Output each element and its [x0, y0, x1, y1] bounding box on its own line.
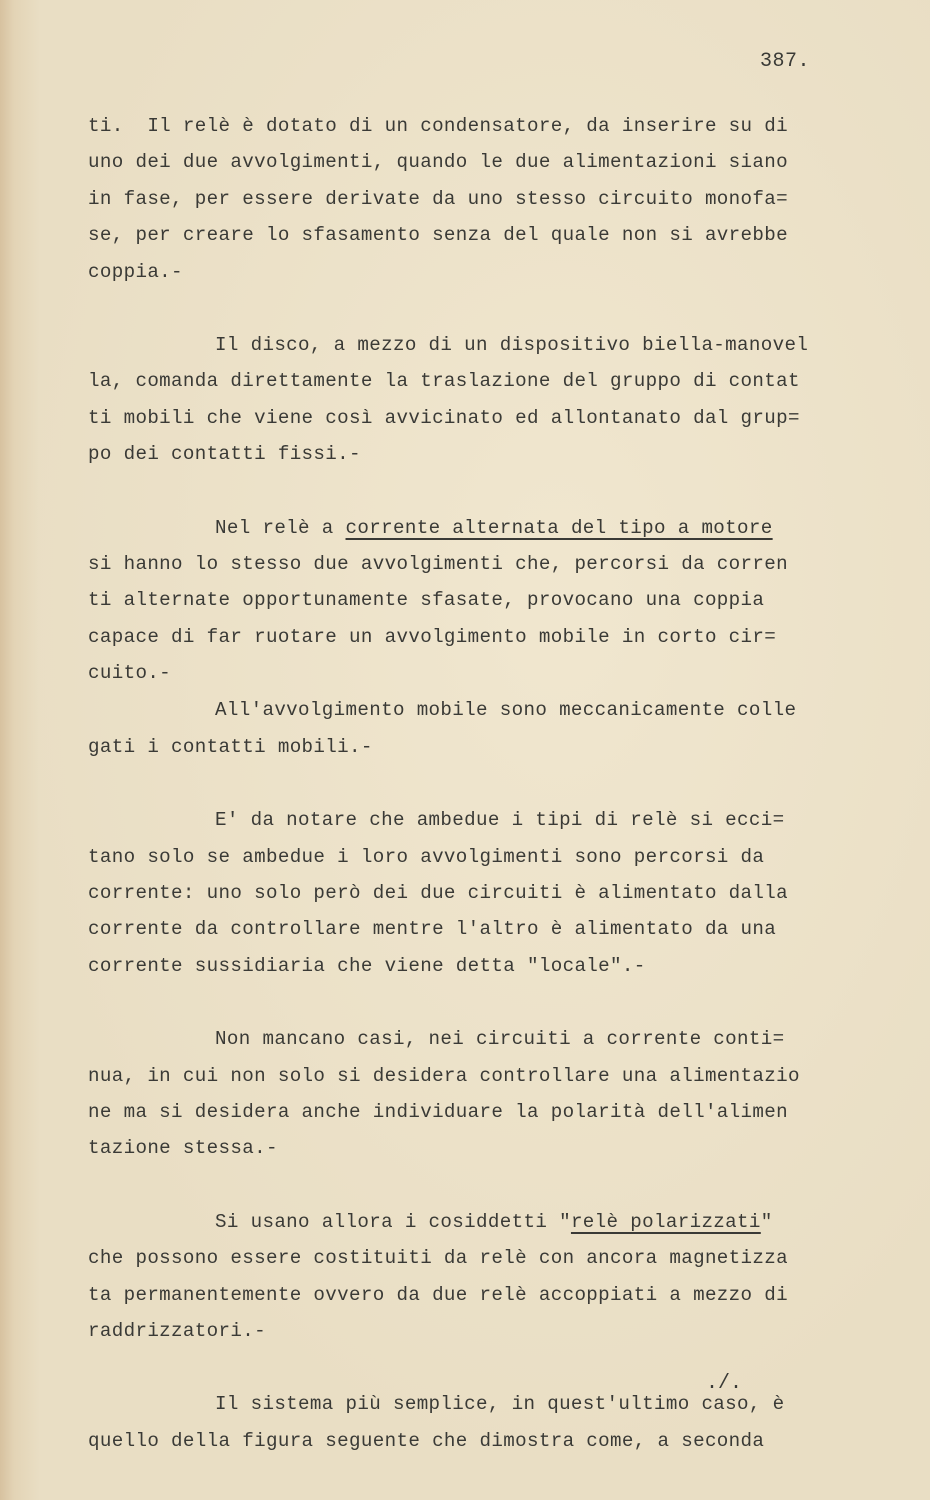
document-body: ti. Il relè è dotato di un condensatore,… — [88, 108, 868, 1459]
text-line: cuito.- — [88, 655, 868, 691]
text-line: Nel relè a corrente alternata del tipo a… — [88, 510, 868, 546]
text-line: ti. Il relè è dotato di un condensatore,… — [88, 108, 868, 144]
paragraph: Il disco, a mezzo di un dispositivo biel… — [88, 327, 868, 473]
paragraph: All'avvolgimento mobile sono meccanicame… — [88, 692, 868, 765]
underlined-term: corrente alternata del tipo a motore — [346, 517, 773, 539]
text-line: si hanno lo stesso due avvolgimenti che,… — [88, 546, 868, 582]
text-line: coppia.- — [88, 254, 868, 290]
text-line: capace di far ruotare un avvolgimento mo… — [88, 619, 868, 655]
text-line: quello della figura seguente che dimostr… — [88, 1423, 868, 1459]
text-line: se, per creare lo sfasamento senza del q… — [88, 217, 868, 253]
text-line: ta permanentemente ovvero da due relè ac… — [88, 1277, 868, 1313]
text-line: Si usano allora i cosiddetti "relè polar… — [88, 1204, 868, 1240]
paragraph: Non mancano casi, nei circuiti a corrent… — [88, 1021, 868, 1167]
text-line: E' da notare che ambedue i tipi di relè … — [88, 802, 868, 838]
text-line: ne ma si desidera anche individuare la p… — [88, 1094, 868, 1130]
text-line: Il sistema più semplice, in quest'ultimo… — [88, 1386, 868, 1422]
text-trail: " — [761, 1211, 773, 1233]
text-line: tano solo se ambedue i loro avvolgimenti… — [88, 839, 868, 875]
page-number: 387. — [760, 50, 810, 73]
text-line: tazione stessa.- — [88, 1130, 868, 1166]
text-line: nua, in cui non solo si desidera control… — [88, 1058, 868, 1094]
paragraph: E' da notare che ambedue i tipi di relè … — [88, 802, 868, 984]
text-line: Non mancano casi, nei circuiti a corrent… — [88, 1021, 868, 1057]
text-line: All'avvolgimento mobile sono meccanicame… — [88, 692, 868, 728]
text-line: che possono essere costituiti da relè co… — [88, 1240, 868, 1276]
text-line: raddrizzatori.- — [88, 1313, 868, 1349]
text-line: gati i contatti mobili.- — [88, 729, 868, 765]
text-line: la, comanda direttamente la traslazione … — [88, 363, 868, 399]
paragraph: Si usano allora i cosiddetti "relè polar… — [88, 1204, 868, 1350]
text-line: uno dei due avvolgimenti, quando le due … — [88, 144, 868, 180]
paragraph: Nel relè a corrente alternata del tipo a… — [88, 510, 868, 692]
text-line: Il disco, a mezzo di un dispositivo biel… — [88, 327, 868, 363]
paragraph: Il sistema più semplice, in quest'ultimo… — [88, 1386, 868, 1459]
text-line: in fase, per essere derivate da uno stes… — [88, 181, 868, 217]
text-lead: Nel relè a — [215, 517, 346, 539]
text-line: ti mobili che viene così avvicinato ed a… — [88, 400, 868, 436]
text-lead: Si usano allora i cosiddetti " — [215, 1211, 571, 1233]
underlined-term: relè polarizzati — [571, 1211, 761, 1233]
text-line: corrente sussidiaria che viene detta "lo… — [88, 948, 868, 984]
paragraph: ti. Il relè è dotato di un condensatore,… — [88, 108, 868, 290]
text-line: corrente da controllare mentre l'altro è… — [88, 911, 868, 947]
continuation-mark: ./. — [706, 1372, 742, 1395]
text-line: po dei contatti fissi.- — [88, 436, 868, 472]
text-line: ti alternate opportunamente sfasate, pro… — [88, 582, 868, 618]
text-line: corrente: uno solo però dei due circuiti… — [88, 875, 868, 911]
